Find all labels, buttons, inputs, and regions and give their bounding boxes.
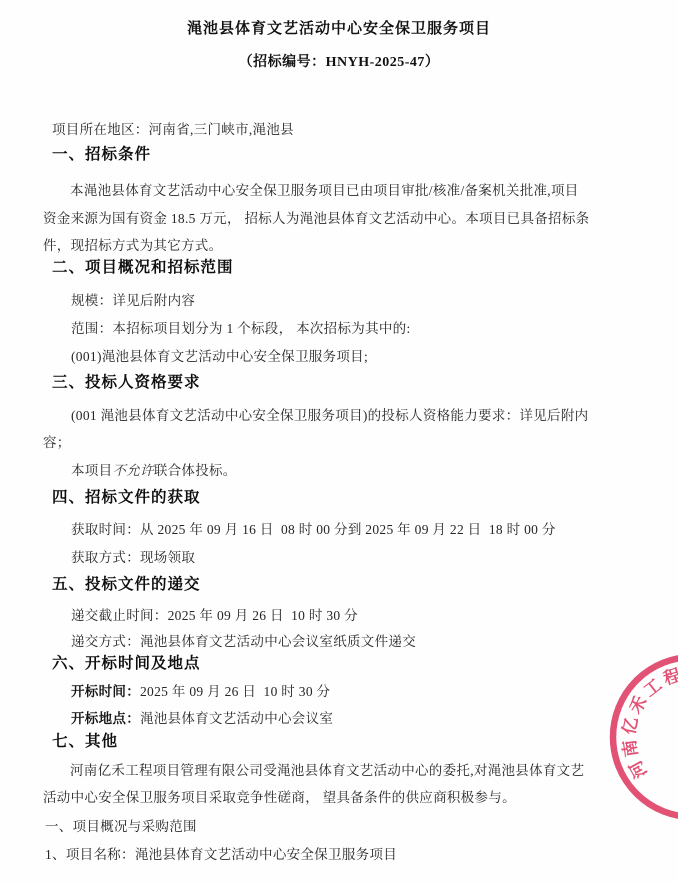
- tender-notice-page: 渑池县体育文艺活动中心安全保卫服务项目 （招标编号：HNYH-2025-47） …: [0, 0, 678, 884]
- section-3-heading: 三、投标人资格要求: [52, 374, 201, 392]
- no-jv-prefix: 本项目: [71, 463, 112, 478]
- section-7-sub-heading: 一、项目概况与采购范围: [45, 818, 197, 836]
- section-7-paragraph-line-2: 活动中心安全保卫服务项目采取竞争性磋商， 望具备条件的供应商积极参与。: [43, 789, 516, 807]
- section-7-heading: 七、其他: [52, 733, 118, 751]
- section-1-heading: 一、招标条件: [52, 146, 151, 164]
- open-place-label: 开标地点：: [71, 711, 140, 726]
- section-1-paragraph-line-2: 资金来源为国有资金 18.5 万元， 招标人为渑池县体育文艺活动中心。本项目已具…: [43, 210, 589, 228]
- company-seal-stamp: 河南亿禾工程项目管理有限公司: [591, 640, 678, 850]
- section-4-heading: 四、招标文件的获取: [52, 489, 201, 507]
- section-1-paragraph-line-1: 本渑池县体育文艺活动中心安全保卫服务项目已由项目审批/核准/备案机关批准,项目: [70, 182, 579, 200]
- section-5-deadline-line: 递交截止时间：2025 年 09 月 26 日 10 时 30 分: [71, 607, 358, 625]
- section-2-scope-line: 范围：本招标项目划分为 1 个标段， 本次招标为其中的:: [71, 320, 411, 338]
- section-6-heading: 六、开标时间及地点: [52, 655, 201, 673]
- section-7-paragraph-line-1: 河南亿禾工程项目管理有限公司受渑池县体育文艺活动中心的委托,对渑池县体育文艺: [70, 762, 584, 780]
- section-3-requirement-line-2: 容；: [43, 434, 71, 452]
- no-jv-suffix: 联合体投标。: [154, 463, 237, 478]
- section-2-lot-line: (001)渑池县体育文艺活动中心安全保卫服务项目;: [71, 348, 368, 366]
- section-2-heading: 二、项目概况和招标范围: [52, 259, 234, 277]
- section-2-scale-line: 规模：详见后附内容: [71, 292, 195, 310]
- section-4-obtain-time-line: 获取时间：从 2025 年 09 月 16 日 08 时 00 分到 2025 …: [71, 521, 556, 539]
- section-7-item-1: 1、项目名称：渑池县体育文艺活动中心安全保卫服务项目: [45, 846, 397, 864]
- section-5-heading: 五、投标文件的递交: [52, 576, 201, 594]
- no-jv-emphasis: 不允许: [112, 463, 153, 478]
- open-time-label: 开标时间：: [71, 684, 140, 699]
- section-3-no-jv-line: 本项目不允许联合体投标。: [71, 462, 237, 480]
- section-6-open-time-line: 开标时间：2025 年 09 月 26 日 10 时 30 分: [71, 683, 330, 701]
- section-6-open-place-line: 开标地点：渑池县体育文艺活动中心会议室: [71, 710, 333, 728]
- tender-number-subtitle: （招标编号：HNYH-2025-47）: [0, 54, 678, 72]
- section-5-method-line: 递交方式：渑池县体育文艺活动中心会议室纸质文件递交: [71, 633, 416, 651]
- project-location-line: 项目所在地区：河南省,三门峡市,渑池县: [52, 121, 294, 139]
- page-title: 渑池县体育文艺活动中心安全保卫服务项目: [0, 20, 678, 38]
- open-time-value: 2025 年 09 月 26 日 10 时 30 分: [140, 684, 330, 699]
- section-3-requirement-line-1: (001 渑池县体育文艺活动中心安全保卫服务项目)的投标人资格能力要求：详见后附…: [71, 407, 588, 425]
- open-place-value: 渑池县体育文艺活动中心会议室: [140, 711, 333, 726]
- section-4-obtain-method-line: 获取方式：现场领取: [71, 549, 195, 567]
- section-1-paragraph-line-3: 件，现招标方式为其它方式。: [43, 237, 222, 255]
